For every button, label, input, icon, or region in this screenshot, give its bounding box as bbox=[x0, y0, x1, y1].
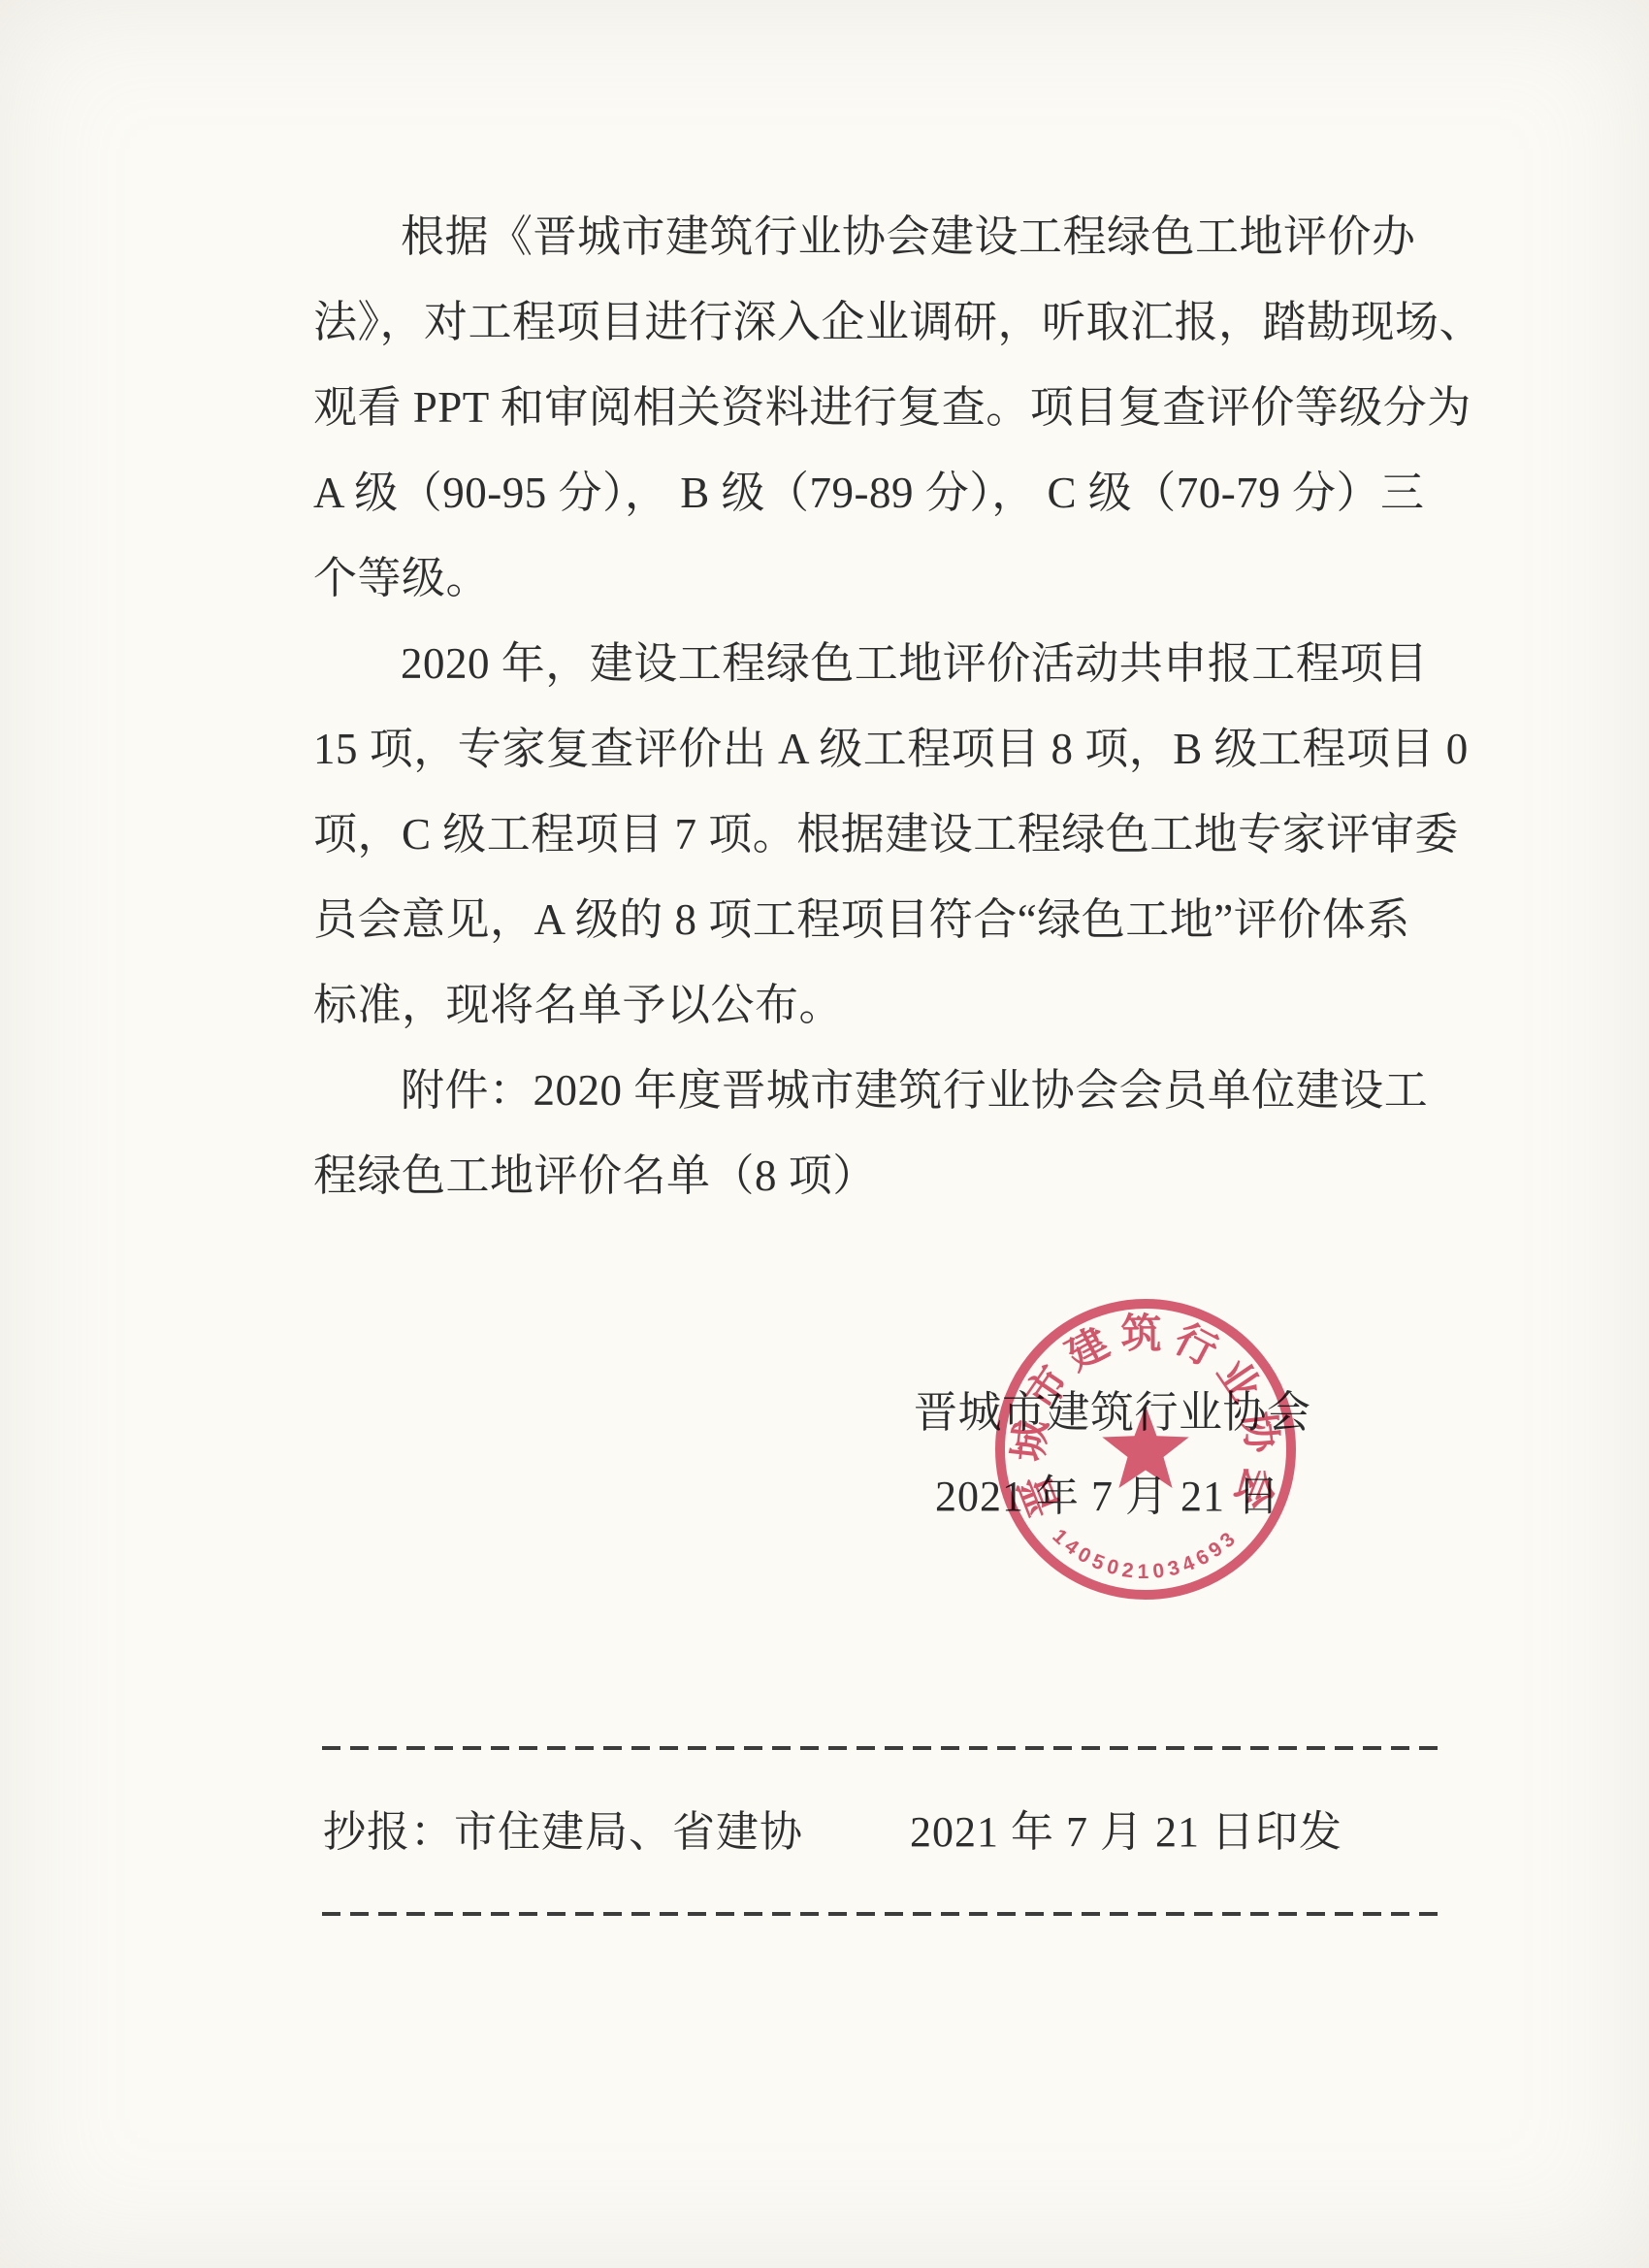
body-line: 法》，对工程项目进行深入企业调研，听取汇报，踏勘现场、 bbox=[313, 279, 1468, 365]
body-line: 标准，现将名单予以公布。 bbox=[313, 962, 1468, 1048]
body-line: 2020 年，建设工程绿色工地评价活动共申报工程项目 bbox=[313, 621, 1468, 706]
separator-dashed-line-top bbox=[322, 1746, 1443, 1750]
body-line: 15 项，专家复查评价出 A 级工程项目 8 项，B 级工程项目 0 bbox=[313, 706, 1468, 792]
body-line: 根据《晋城市建筑行业协会建设工程绿色工地评价办 bbox=[313, 194, 1468, 279]
stamp-star bbox=[1102, 1406, 1188, 1488]
footer-copy-to: 抄报：市住建局、省建协 bbox=[323, 1810, 803, 1855]
body-line: 项，C 级工程项目 7 项。根据建设工程绿色工地专家评审委 bbox=[313, 792, 1468, 877]
body-line: 个等级。 bbox=[313, 535, 1468, 621]
body-line: 员会意见，A 级的 8 项工程项目符合“绿色工地”评价体系 bbox=[313, 877, 1468, 962]
body-line: 观看 PPT 和审阅相关资料进行复查。项目复查评价等级分为 bbox=[313, 365, 1468, 450]
document-body: 根据《晋城市建筑行业协会建设工程绿色工地评价办 法》，对工程项目进行深入企业调研… bbox=[313, 194, 1468, 1218]
document-page: 根据《晋城市建筑行业协会建设工程绿色工地评价办 法》，对工程项目进行深入企业调研… bbox=[0, 0, 1649, 2268]
attachment-line: 附件：2020 年度晋城市建筑行业协会会员单位建设工 bbox=[313, 1048, 1468, 1133]
attachment-line: 程绿色工地评价名单（8 项） bbox=[313, 1133, 1468, 1218]
footer-issue-date: 2021 年 7 月 21 日印发 bbox=[910, 1810, 1342, 1855]
official-seal-stamp: 晋城市建筑行业协会 1405021034693 bbox=[986, 1289, 1306, 1609]
separator-dashed-line-bottom bbox=[322, 1912, 1443, 1916]
body-line: A 级（90-95 分）， B 级（79-89 分）， C 级（70-79 分）… bbox=[313, 450, 1468, 535]
